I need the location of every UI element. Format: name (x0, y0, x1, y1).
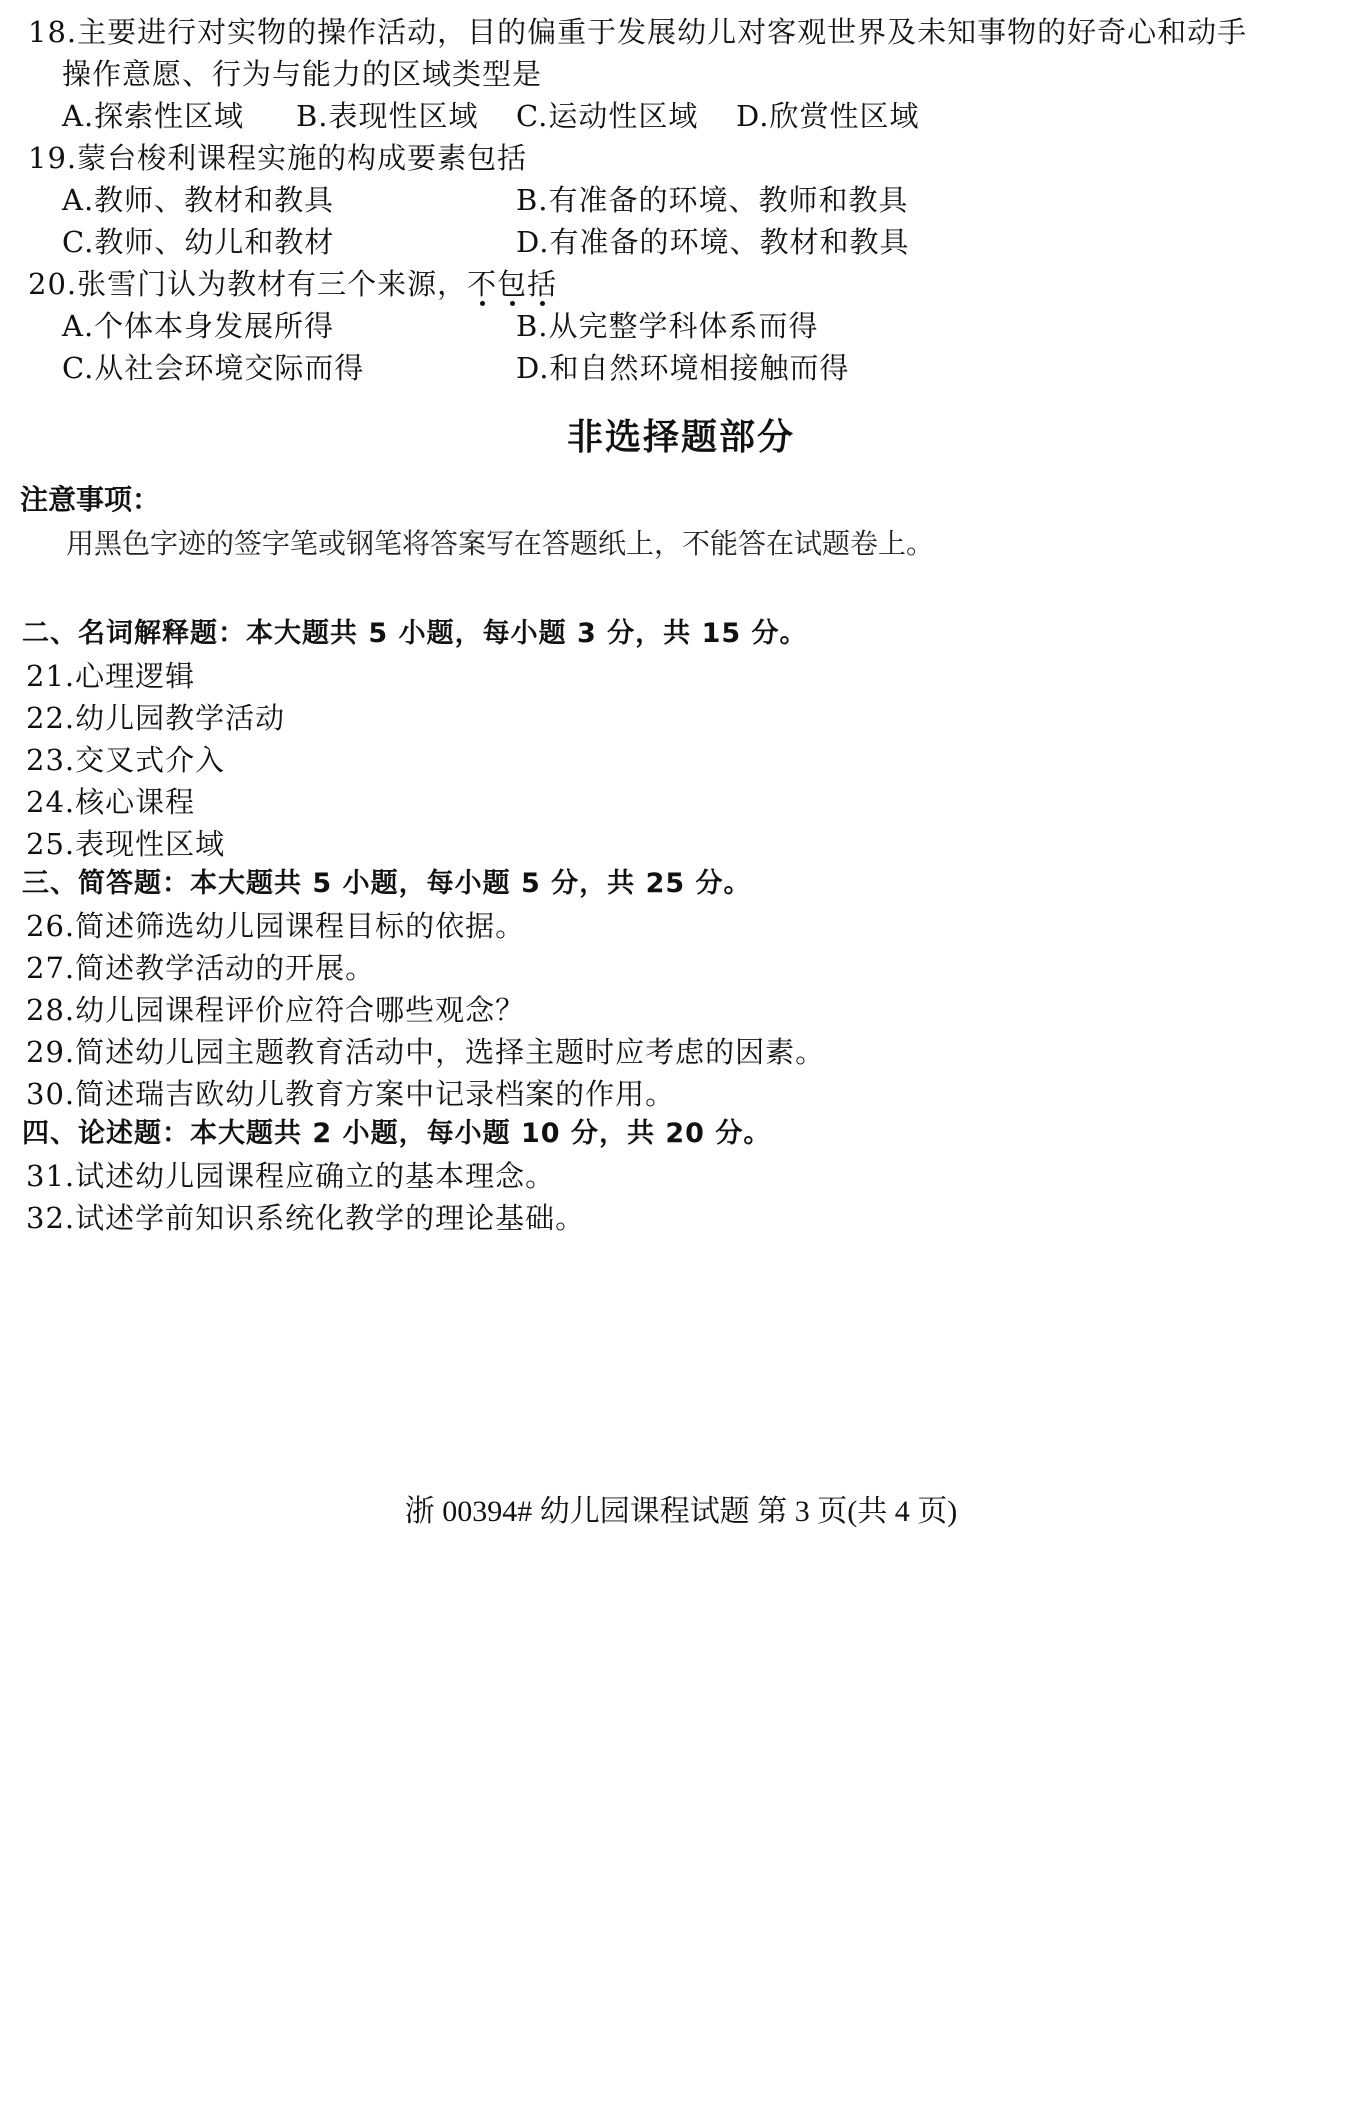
part-heading-3: 三、简答题：本大题共 5 小题，每小题 5 分，共 25 分。 (22, 864, 752, 904)
question-number: 20. (28, 267, 77, 301)
item-text: 简述瑞吉欧幼儿教育方案中记录档案的作用。 (75, 1077, 675, 1111)
option-text: 探索性区域 (94, 99, 244, 133)
option-20-c: C.从社会环境交际而得 (62, 348, 364, 388)
part-heading-2: 二、名词解释题：本大题共 5 小题，每小题 3 分，共 15 分。 (22, 614, 808, 654)
option-label: D. (516, 225, 549, 259)
option-18-b: B.表现性区域 (296, 96, 479, 136)
option-20-d: D.和自然环境相接触而得 (516, 348, 849, 388)
option-text: 欣赏性区域 (769, 99, 919, 133)
option-text: 有准备的环境、教材和教具 (549, 225, 909, 259)
question-18-stem-cont: 操作意愿、行为与能力的区域类型是 (62, 54, 542, 94)
question-text: 蒙台梭利课程实施的构成要素包括 (77, 141, 527, 175)
item-number: 27. (26, 951, 75, 985)
item-number: 31. (26, 1159, 75, 1193)
part-heading-4: 四、论述题：本大题共 2 小题，每小题 10 分，共 20 分。 (22, 1114, 771, 1154)
emphasis-text: 不包括 (467, 267, 557, 301)
option-text: 表现性区域 (329, 99, 479, 133)
emphasis-word: 不包括 (467, 267, 557, 301)
option-label: D. (736, 99, 769, 133)
option-text: 从社会环境交际而得 (94, 351, 364, 385)
item-number: 30. (26, 1077, 75, 1111)
item-number: 24. (26, 785, 75, 819)
item-text: 幼儿园教学活动 (75, 701, 285, 735)
list-item: 26.简述筛选幼儿园课程目标的依据。 (26, 906, 525, 946)
option-label: A. (62, 99, 94, 133)
list-item: 23.交叉式介入 (26, 740, 225, 780)
item-number: 32. (26, 1201, 75, 1235)
item-text: 简述筛选幼儿园课程目标的依据。 (75, 909, 525, 943)
item-number: 29. (26, 1035, 75, 1069)
list-item: 21.心理逻辑 (26, 656, 195, 696)
item-text: 简述教学活动的开展。 (75, 951, 375, 985)
item-text: 核心课程 (75, 785, 195, 819)
item-text: 交叉式介入 (75, 743, 225, 777)
list-item: 32.试述学前知识系统化教学的理论基础。 (26, 1198, 585, 1238)
option-19-d: D.有准备的环境、教材和教具 (516, 222, 909, 262)
question-text: 操作意愿、行为与能力的区域类型是 (62, 57, 542, 91)
item-text: 幼儿园课程评价应符合哪些观念？ (75, 993, 525, 1027)
option-text: 从完整学科体系而得 (549, 309, 819, 343)
option-text: 教师、教材和教具 (94, 183, 334, 217)
option-20-a: A.个体本身发展所得 (62, 306, 334, 346)
page-footer: 浙 00394# 幼儿园课程试题 第 3 页(共 4 页) (0, 1492, 1362, 1532)
option-label: B. (516, 183, 549, 217)
item-number: 25. (26, 827, 75, 861)
option-label: C. (62, 225, 94, 259)
list-item: 28.幼儿园课程评价应符合哪些观念？ (26, 990, 525, 1030)
option-label: B. (296, 99, 329, 133)
question-19-stem: 19.蒙台梭利课程实施的构成要素包括 (28, 138, 527, 178)
option-label: D. (516, 351, 549, 385)
option-20-b: B.从完整学科体系而得 (516, 306, 819, 346)
option-19-a: A.教师、教材和教具 (62, 180, 334, 220)
item-text: 心理逻辑 (75, 659, 195, 693)
section-title: 非选择题部分 (0, 414, 1362, 462)
notice-text: 用黑色字迹的签字笔或钢笔将答案写在答题纸上，不能答在试题卷上。 (66, 524, 934, 564)
item-text: 表现性区域 (75, 827, 225, 861)
item-number: 22. (26, 701, 75, 735)
option-18-c: C.运动性区域 (516, 96, 698, 136)
list-item: 22.幼儿园教学活动 (26, 698, 285, 738)
item-text: 试述幼儿园课程应确立的基本理念。 (75, 1159, 555, 1193)
option-label: A. (62, 309, 94, 343)
option-label: A. (62, 183, 94, 217)
list-item: 27.简述教学活动的开展。 (26, 948, 375, 988)
question-text: 张雪门认为教材有三个来源， (77, 267, 467, 301)
notice-heading: 注意事项： (20, 480, 160, 520)
list-item: 25.表现性区域 (26, 824, 225, 864)
option-text: 有准备的环境、教师和教具 (549, 183, 909, 217)
question-number: 19. (28, 141, 77, 175)
list-item: 29.简述幼儿园主题教育活动中，选择主题时应考虑的因素。 (26, 1032, 825, 1072)
option-label: C. (516, 99, 548, 133)
option-text: 个体本身发展所得 (94, 309, 334, 343)
item-number: 23. (26, 743, 75, 777)
item-number: 21. (26, 659, 75, 693)
option-19-c: C.教师、幼儿和教材 (62, 222, 334, 262)
item-number: 26. (26, 909, 75, 943)
option-18-a: A.探索性区域 (62, 96, 244, 136)
option-label: C. (62, 351, 94, 385)
question-18-stem: 18.主要进行对实物的操作活动，目的偏重于发展幼儿对客观世界及未知事物的好奇心和… (28, 12, 1247, 52)
list-item: 31.试述幼儿园课程应确立的基本理念。 (26, 1156, 555, 1196)
option-text: 教师、幼儿和教材 (94, 225, 334, 259)
item-text: 简述幼儿园主题教育活动中，选择主题时应考虑的因素。 (75, 1035, 825, 1069)
option-18-d: D.欣赏性区域 (736, 96, 919, 136)
option-text: 运动性区域 (548, 99, 698, 133)
question-text: 主要进行对实物的操作活动，目的偏重于发展幼儿对客观世界及未知事物的好奇心和动手 (77, 15, 1247, 49)
list-item: 24.核心课程 (26, 782, 195, 822)
item-text: 试述学前知识系统化教学的理论基础。 (75, 1201, 585, 1235)
question-20-stem: 20.张雪门认为教材有三个来源，不包括 (28, 264, 557, 304)
option-19-b: B.有准备的环境、教师和教具 (516, 180, 909, 220)
question-number: 18. (28, 15, 77, 49)
item-number: 28. (26, 993, 75, 1027)
option-label: B. (516, 309, 549, 343)
list-item: 30.简述瑞吉欧幼儿教育方案中记录档案的作用。 (26, 1074, 675, 1114)
option-text: 和自然环境相接触而得 (549, 351, 849, 385)
